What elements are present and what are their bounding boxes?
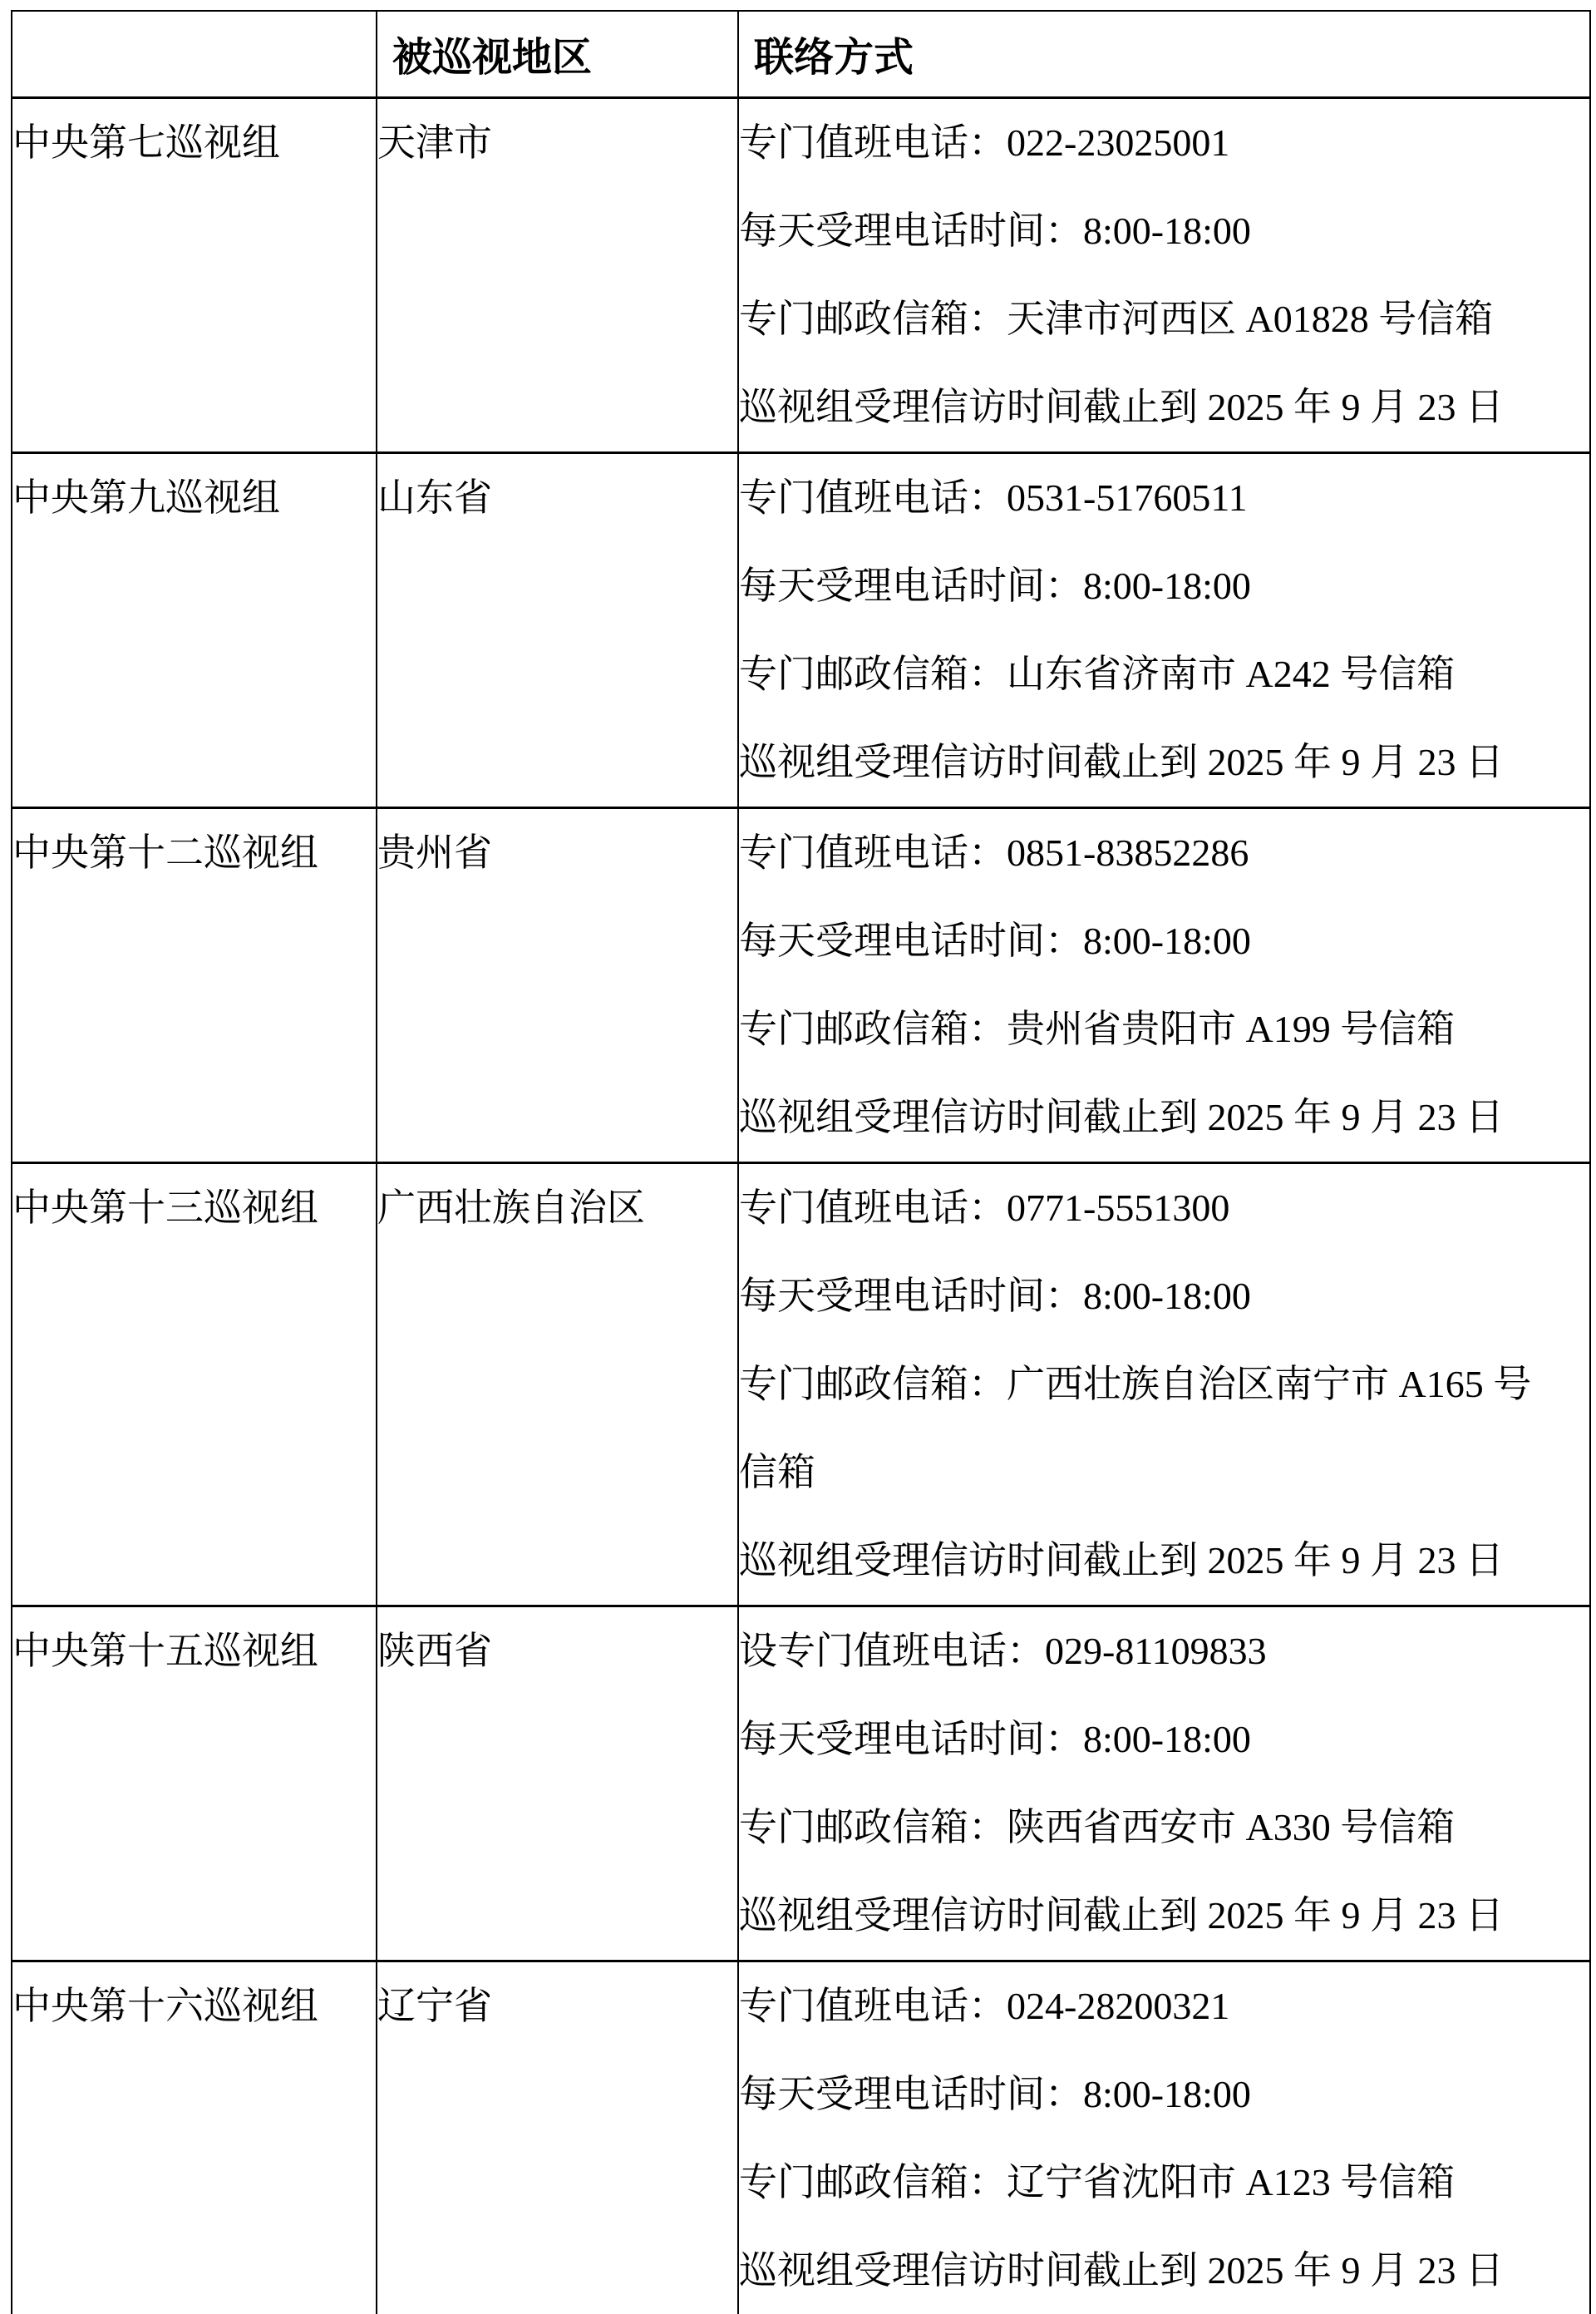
- table-body: 中央第七巡视组 天津市 专门值班电话：022-23025001每天受理电话时间：…: [12, 97, 1590, 2314]
- contact-line: 专门邮政信箱：天津市河西区 A01828 号信箱: [739, 275, 1589, 363]
- contact-line: 专门邮政信箱：广西壮族自治区南宁市 A165 号: [739, 1340, 1589, 1428]
- contact-line: 专门值班电话：022-23025001: [739, 99, 1589, 187]
- contact-line: 巡视组受理信访时间截止到 2025 年 9 月 23 日: [739, 1073, 1589, 1162]
- contact-cell: 专门值班电话：0851-83852286每天受理电话时间：8:00-18:00专…: [738, 807, 1590, 1162]
- contact-line: 专门值班电话：0531-51760511: [739, 454, 1589, 542]
- header-region-cell: 被巡视地区: [377, 11, 738, 97]
- contact-line: 每天受理电话时间：8:00-18:00: [739, 542, 1589, 630]
- contact-line: 巡视组受理信访时间截止到 2025 年 9 月 23 日: [739, 1517, 1589, 1605]
- group-cell: 中央第九巡视组: [12, 452, 377, 807]
- table-row: 中央第十三巡视组 广西壮族自治区 专门值班电话：0771-5551300每天受理…: [12, 1162, 1590, 1606]
- contact-line: 专门邮政信箱：贵州省贵阳市 A199 号信箱: [739, 985, 1589, 1073]
- header-row: 被巡视地区 联络方式: [12, 11, 1590, 97]
- contact-line: 专门邮政信箱：陕西省西安市 A330 号信箱: [739, 1784, 1589, 1872]
- region-cell: 陕西省: [377, 1606, 738, 1961]
- group-cell: 中央第七巡视组: [12, 97, 377, 452]
- region-cell: 山东省: [377, 452, 738, 807]
- contact-cell: 专门值班电话：024-28200321每天受理电话时间：8:00-18:00专门…: [738, 1961, 1590, 2314]
- contact-cell: 专门值班电话：022-23025001每天受理电话时间：8:00-18:00专门…: [738, 97, 1590, 452]
- table-row: 中央第十六巡视组 辽宁省 专门值班电话：024-28200321每天受理电话时间…: [12, 1961, 1590, 2314]
- contact-line: 每天受理电话时间：8:00-18:00: [739, 1252, 1589, 1340]
- contact-line: 每天受理电话时间：8:00-18:00: [739, 2050, 1589, 2139]
- contact-line: 巡视组受理信访时间截止到 2025 年 9 月 23 日: [739, 1872, 1589, 1960]
- contact-line: 巡视组受理信访时间截止到 2025 年 9 月 23 日: [739, 2227, 1589, 2314]
- table-row: 中央第十二巡视组 贵州省 专门值班电话：0851-83852286每天受理电话时…: [12, 807, 1590, 1162]
- contact-line: 专门邮政信箱：辽宁省沈阳市 A123 号信箱: [739, 2139, 1589, 2227]
- group-cell: 中央第十六巡视组: [12, 1961, 377, 2314]
- contact-cell: 专门值班电话：0531-51760511每天受理电话时间：8:00-18:00专…: [738, 452, 1590, 807]
- contact-line: 专门值班电话：0851-83852286: [739, 809, 1589, 897]
- contact-line: 专门邮政信箱：山东省济南市 A242 号信箱: [739, 630, 1589, 718]
- group-cell: 中央第十三巡视组: [12, 1162, 377, 1606]
- contact-cell: 设专门值班电话：029-81109833每天受理电话时间：8:00-18:00专…: [738, 1606, 1590, 1961]
- region-cell: 辽宁省: [377, 1961, 738, 2314]
- table-header: 被巡视地区 联络方式: [12, 11, 1590, 97]
- contact-cell: 专门值班电话：0771-5551300每天受理电话时间：8:00-18:00专门…: [738, 1162, 1590, 1606]
- contact-line: 专门值班电话：0771-5551300: [739, 1164, 1589, 1252]
- contact-line: 专门值班电话：024-28200321: [739, 1962, 1589, 2050]
- table-row: 中央第十五巡视组 陕西省 设专门值班电话：029-81109833每天受理电话时…: [12, 1606, 1590, 1961]
- contact-line: 巡视组受理信访时间截止到 2025 年 9 月 23 日: [739, 718, 1589, 807]
- page: { "table": { "headers": ["", "被巡视地区", "联…: [0, 0, 1596, 2314]
- contact-line: 每天受理电话时间：8:00-18:00: [739, 1695, 1589, 1784]
- contact-line: 巡视组受理信访时间截止到 2025 年 9 月 23 日: [739, 363, 1589, 451]
- group-cell: 中央第十五巡视组: [12, 1606, 377, 1961]
- contact-line: 每天受理电话时间：8:00-18:00: [739, 897, 1589, 985]
- group-cell: 中央第十二巡视组: [12, 807, 377, 1162]
- header-blank-cell: [12, 11, 377, 97]
- contact-line: 每天受理电话时间：8:00-18:00: [739, 187, 1589, 275]
- region-cell: 贵州省: [377, 807, 738, 1162]
- region-cell: 广西壮族自治区: [377, 1162, 738, 1606]
- header-contact-cell: 联络方式: [738, 11, 1590, 97]
- contact-line: 信箱: [739, 1428, 1589, 1517]
- table-row: 中央第九巡视组 山东省 专门值班电话：0531-51760511每天受理电话时间…: [12, 452, 1590, 807]
- region-cell: 天津市: [377, 97, 738, 452]
- inspection-contact-table: 被巡视地区 联络方式 中央第七巡视组 天津市 专门值班电话：022-230250…: [11, 10, 1591, 2314]
- contact-line: 设专门值班电话：029-81109833: [739, 1607, 1589, 1695]
- table-row: 中央第七巡视组 天津市 专门值班电话：022-23025001每天受理电话时间：…: [12, 97, 1590, 452]
